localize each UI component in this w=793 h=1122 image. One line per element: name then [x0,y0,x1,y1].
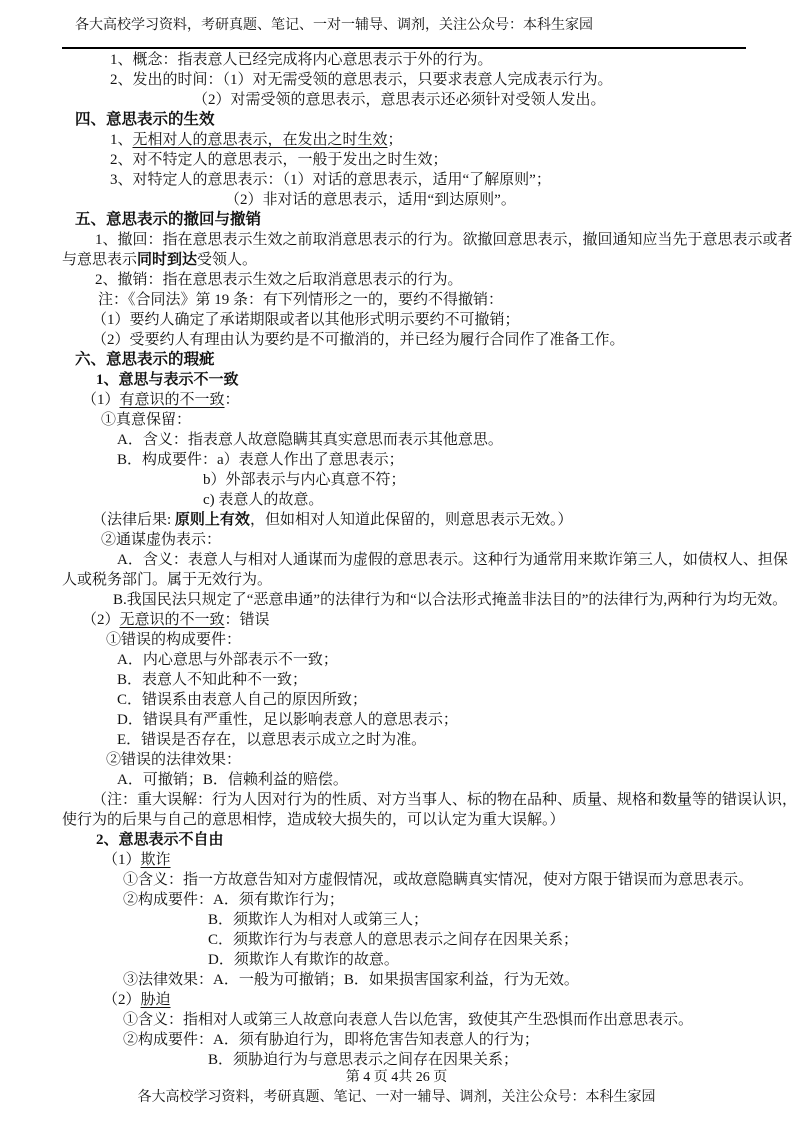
text-line: E．错误是否存在，以意思表示成立之时为准。 [117,730,793,750]
text-line: B.我国民法只规定了“恶意串通”的法律行为和“以合法形式掩盖非法目的”的法律行为… [113,590,793,610]
text-line: A．含义：指表意人故意隐瞒其真实意思而表示其他意思。 [117,430,793,450]
header-rule [62,47,746,49]
text-line: B．须欺诈人为相对人或第三人； [208,910,793,930]
text-line: ①错误的构成要件： [106,630,793,650]
text-line: 2、对不特定人的意思表示，一般于发出之时生效； [110,150,793,170]
text-line: b）外部表示与内心真意不符； [203,470,793,490]
text-line: （2）对需受领的意思表示，意思表示还必须针对受领人发出。 [193,90,793,110]
text-line: 使行为的后果与自己的意思相悖，造成较大损失的，可以认定为重大误解。） [62,810,793,830]
text-line: 2、撤销：指在意思表示生效之后取消意思表示的行为。 [95,270,793,290]
text-line: ③法律效果：A．一般为可撤销；B．如果损害国家利益，行为无效。 [123,970,793,990]
text-line: 四、意思表示的生效 [75,110,793,130]
text-line: 1、意思与表示不一致 [96,370,793,390]
text-line: 注：《合同法》第 19 条：有下列情形之一的，要约不得撤销： [98,290,793,310]
text-line: （1）有意识的不一致： [82,390,793,410]
text-line: ①真意保留： [101,410,793,430]
text-line: ①含义：指相对人或第三人故意向表意人告以危害，致使其产生恐惧而作出意思表示。 [123,1010,793,1030]
text-line: （法律后果: 原则上有效，但如相对人知道此保留的，则意思表示无效。） [92,510,793,530]
text-line: （2）受要约人有理由认为要约是不可撤消的，并已经为履行合同作了准备工作。 [92,330,793,350]
text-line: （1）欺诈 [103,850,793,870]
text-line: A．可撤销；B．信赖利益的赔偿。 [117,770,793,790]
text-line: （注：重大误解：行为人因对行为的性质、对方当事人、标的物在品种、质量、规格和数量… [92,790,793,810]
text-line: ②构成要件：A．须有欺诈行为； [123,890,793,910]
text-line: D．错误具有严重性，足以影响表意人的意思表示； [117,710,793,730]
page-header: 各大高校学习资料，考研真题、笔记、一对一辅导、调剂，关注公众号：本科生家园 [0,0,793,34]
document-body: 1、概念：指表意人已经完成将内心意思表示于外的行为。2、发出的时间：（1）对无需… [0,50,793,1070]
text-line: c) 表意人的故意。 [203,490,793,510]
text-line: ①含义：指一方故意告知对方虚假情况，或故意隐瞒真实情况，使对方限于错误而为意思表… [123,870,793,890]
text-line: 1、无相对人的意思表示，在发出之时生效； [110,130,793,150]
text-line: （2）非对话的意思表示，适用“到达原则”。 [225,190,793,210]
text-line: 五、意思表示的撤回与撤销 [75,210,793,230]
document-page: 各大高校学习资料，考研真题、笔记、一对一辅导、调剂，关注公众号：本科生家园 1、… [0,0,793,1122]
text-line: ②构成要件：A．须有胁迫行为，即将危害告知表意人的行为； [123,1030,793,1050]
header-text: 各大高校学习资料，考研真题、笔记、一对一辅导、调剂，关注公众号：本科生家园 [75,18,593,33]
footer-text: 各大高校学习资料，考研真题、笔记、一对一辅导、调剂，关注公众号：本科生家园 [0,1088,793,1108]
text-line: 六、意思表示的瑕疵 [75,350,793,370]
text-line: D．须欺诈人有欺诈的故意。 [208,950,793,970]
text-line: C．须欺诈行为与表意人的意思表示之间存在因果关系； [208,930,793,950]
text-line: 与意思表示同时到达受领人。 [62,250,793,270]
text-line: （1）要约人确定了承诺期限或者以其他形式明示要约不可撤销； [92,310,793,330]
text-line: B．表意人不知此种不一致； [117,670,793,690]
text-line: （2）无意识的不一致：错误 [82,610,793,630]
text-line: A．含义：表意人与相对人通谋而为虚假的意思表示。这种行为通常用来欺诈第三人，如债… [117,550,793,570]
text-line: 1、概念：指表意人已经完成将内心意思表示于外的行为。 [110,50,793,70]
text-line: B．须胁迫行为与意思表示之间存在因果关系； [208,1050,793,1070]
text-line: 2、发出的时间：（1）对无需受领的意思表示，只要求表意人完成表示行为。 [110,70,793,90]
text-line: （2）胁迫 [103,990,793,1010]
text-line: 3、对特定人的意思表示：（1）对话的意思表示，适用“了解原则”； [110,170,793,190]
text-line: 2、意思表示不自由 [96,830,793,850]
page-footer: 第 4 页 4共 26 页 各大高校学习资料，考研真题、笔记、一对一辅导、调剂，… [0,1068,793,1108]
text-line: ②通谋虚伪表示： [101,530,793,550]
text-line: C．错误系由表意人自己的原因所致； [117,690,793,710]
text-line: A．内心意思与外部表示不一致； [117,650,793,670]
page-number: 第 4 页 4共 26 页 [0,1068,793,1088]
text-line: B．构成要件：a）表意人作出了意思表示； [117,450,793,470]
text-line: 1、撤回：指在意思表示生效之前取消意思表示的行为。欲撤回意思表示，撤回通知应当先… [95,230,793,250]
text-line: ②错误的法律效果： [106,750,793,770]
text-line: 人或税务部门。属于无效行为。 [62,570,793,590]
